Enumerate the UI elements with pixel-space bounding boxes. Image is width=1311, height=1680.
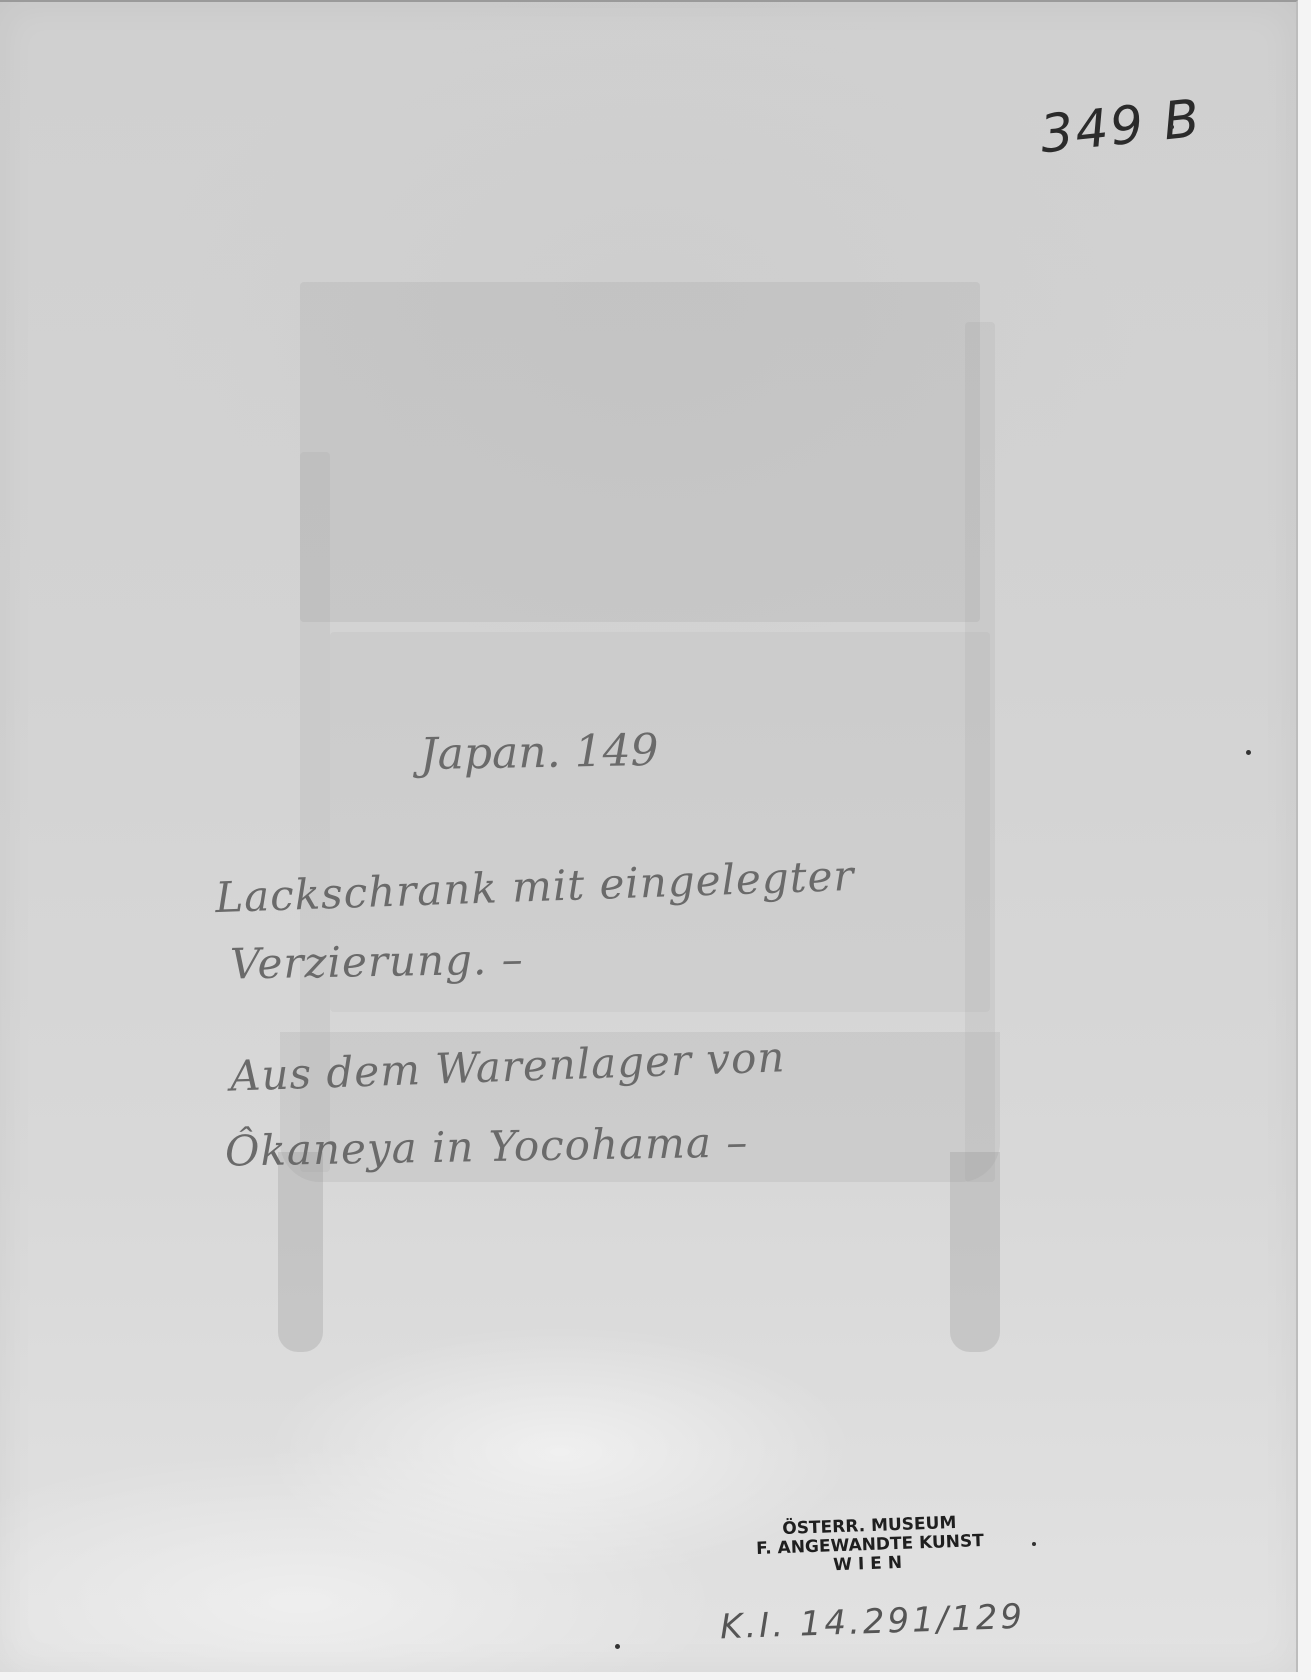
ink-speck (1246, 750, 1251, 755)
heading: Japan. 149 (420, 725, 659, 780)
bleed-through-cabinet-leg-left (278, 1152, 323, 1352)
body-line: Verzierung. – (230, 934, 524, 988)
museum-stamp: ÖSTERR. MUSEUM F. ANGEWANDTE KUNST WIEN (739, 1512, 1001, 1578)
bleed-through-cabinet-top (300, 282, 980, 622)
inventory-number: K.I. 14.291/129 (719, 1597, 1025, 1648)
ink-speck (1170, 125, 1174, 129)
body-line: Ôkaneya in Yocohama – (225, 1117, 749, 1175)
bleed-through-cabinet-leg-right (950, 1152, 1000, 1352)
document-sheet: 349 B Japan. 149 Lackschrank mit eingele… (0, 0, 1298, 1672)
ink-speck (1032, 1542, 1036, 1546)
catalog-number: 349 B (1037, 89, 1204, 166)
ink-speck (615, 1644, 620, 1649)
